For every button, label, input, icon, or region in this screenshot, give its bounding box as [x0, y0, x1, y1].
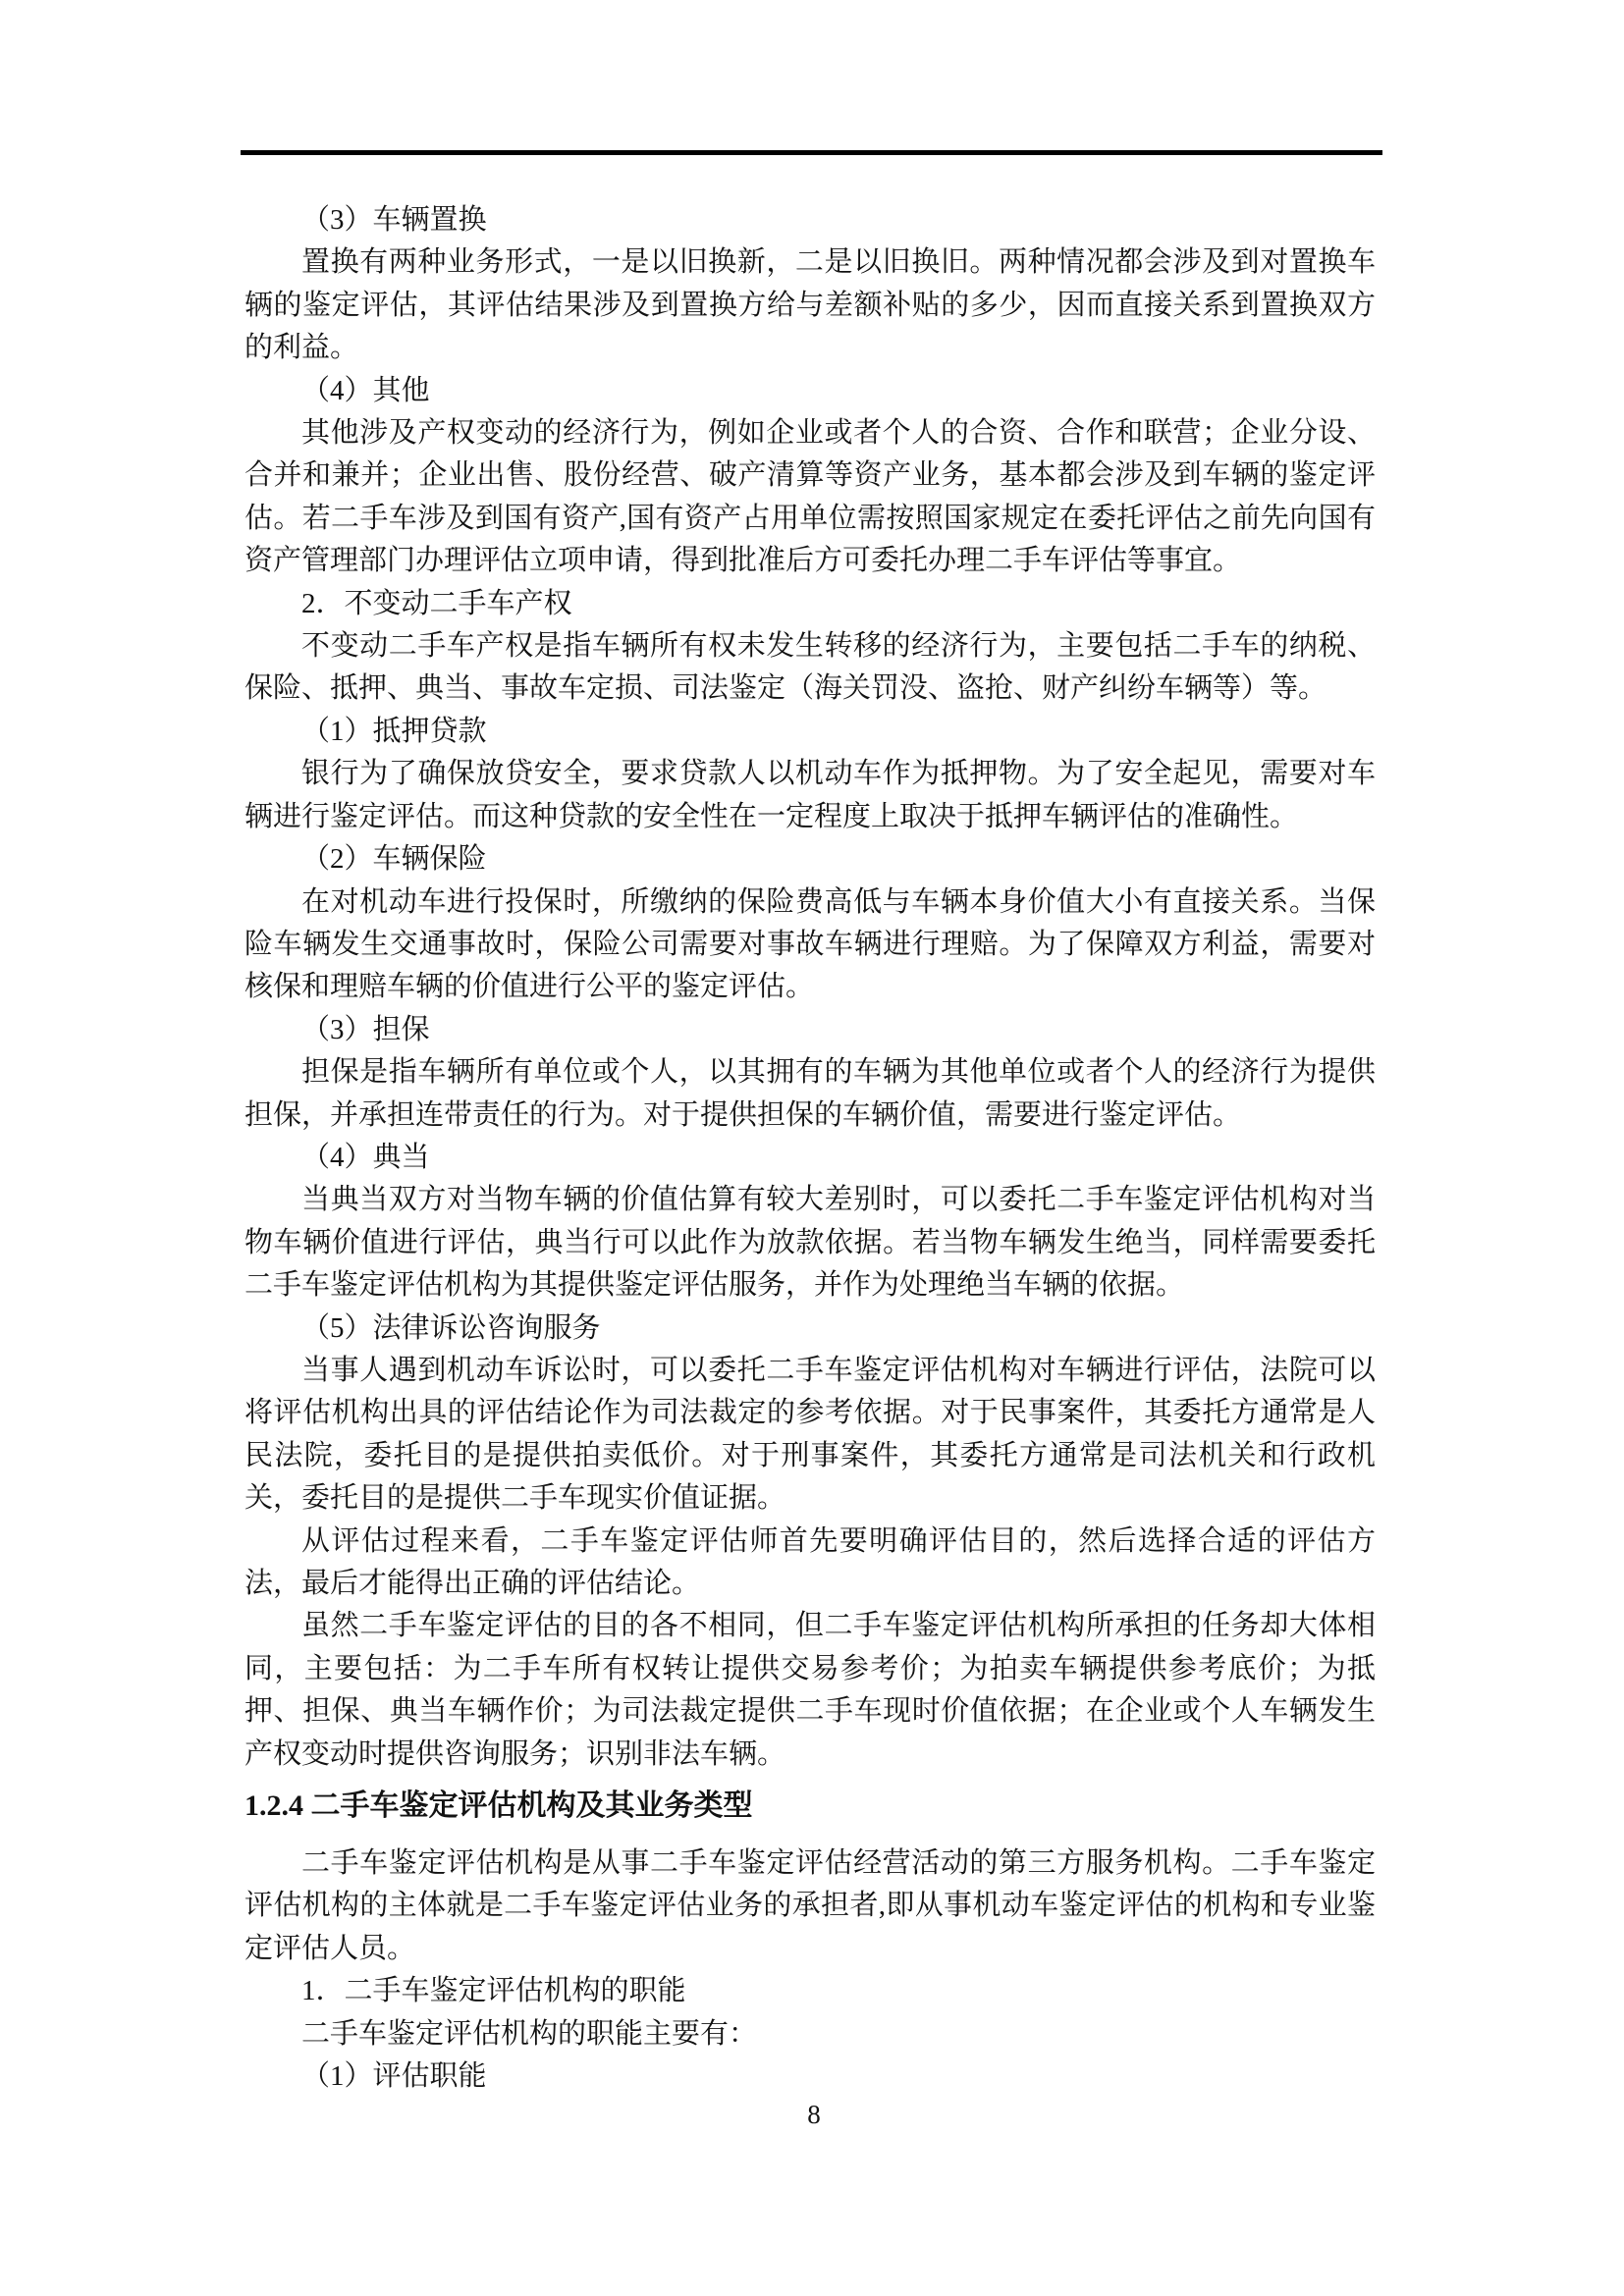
section-heading: 1.2.4 二手车鉴定评估机构及其业务类型	[244, 1784, 1376, 1829]
paragraph: （1）评估职能	[244, 2056, 1376, 2098]
paragraph: 不变动二手车产权是指车辆所有权未发生转移的经济行为，主要包括二手车的纳税、保险、…	[244, 625, 1376, 711]
paragraph: 二手车鉴定评估机构是从事二手车鉴定评估经营活动的第三方服务机构。二手车鉴定评估机…	[244, 1842, 1376, 1970]
paragraph: （3）车辆置换	[244, 199, 1376, 241]
paragraph: 1．二手车鉴定评估机构的职能	[244, 1970, 1376, 2012]
paragraph: 虽然二手车鉴定评估的目的各不相同，但二手车鉴定评估机构所承担的任务却大体相同，主…	[244, 1605, 1376, 1776]
paragraph: 从评估过程来看，二手车鉴定评估师首先要明确评估目的，然后选择合适的评估方法，最后…	[244, 1521, 1376, 1606]
paragraph: （5）法律诉讼咨询服务	[244, 1308, 1376, 1350]
paragraph: 银行为了确保放贷安全，要求贷款人以机动车作为抵押物。为了安全起见，需要对车辆进行…	[244, 753, 1376, 838]
page-footer: 8	[244, 2099, 1383, 2130]
document-page: （3）车辆置换置换有两种业务形式，一是以旧换新，二是以旧换旧。两种情况都会涉及到…	[0, 0, 1624, 2296]
paragraph: 2．不变动二手车产权	[244, 583, 1376, 625]
paragraph: 当典当双方对当物车辆的价值估算有较大差别时，可以委托二手车鉴定评估机构对当物车辆…	[244, 1179, 1376, 1307]
paragraph: （3）担保	[244, 1009, 1376, 1051]
paragraph: （1）抵押贷款	[244, 711, 1376, 753]
paragraph: 二手车鉴定评估机构的职能主要有：	[244, 2013, 1376, 2056]
paragraph: （4）典当	[244, 1137, 1376, 1179]
paragraph: 担保是指车辆所有单位或个人，以其拥有的车辆为其他单位或者个人的经济行为提供担保，…	[244, 1051, 1376, 1137]
header-rule	[241, 150, 1382, 155]
paragraph: 置换有两种业务形式，一是以旧换新，二是以旧换旧。两种情况都会涉及到对置换车辆的鉴…	[244, 241, 1376, 369]
paragraph: （4）其他	[244, 370, 1376, 412]
page-number: 8	[807, 2100, 821, 2129]
document-body: （3）车辆置换置换有两种业务形式，一是以旧换新，二是以旧换旧。两种情况都会涉及到…	[244, 199, 1376, 2098]
paragraph: 其他涉及产权变动的经济行为，例如企业或者个人的合资、合作和联营；企业分设、合并和…	[244, 412, 1376, 583]
paragraph: 当事人遇到机动车诉讼时，可以委托二手车鉴定评估机构对车辆进行评估，法院可以将评估…	[244, 1350, 1376, 1521]
paragraph: （2）车辆保险	[244, 838, 1376, 881]
paragraph: 在对机动车进行投保时，所缴纳的保险费高低与车辆本身价值大小有直接关系。当保险车辆…	[244, 881, 1376, 1009]
